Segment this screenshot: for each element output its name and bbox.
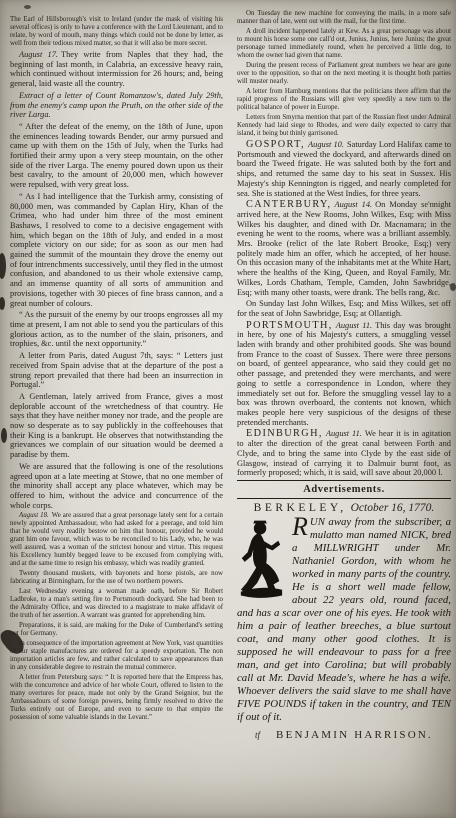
paragraph-text: This day was brought in here, by one of … <box>237 321 451 427</box>
paragraph-text: A droll incident happened lately at Kew.… <box>237 28 451 59</box>
ink-smudge <box>1 428 7 443</box>
news-paragraph: CANTERBURY,August 14.On Monday se'nnight… <box>237 200 451 297</box>
paragraph-text: A letter from Paris, dated August 7th, s… <box>10 351 223 389</box>
news-paragraph: Twenty thousand muskets, with bayonets a… <box>10 570 223 586</box>
paragraph-text: A letter from Petersburg says: “ It is r… <box>10 674 223 721</box>
news-paragraph: On Sunday last John Wilkes, Esq; and Mis… <box>237 299 451 318</box>
paragraph-text: “ After the defeat of the enemy, on the … <box>10 122 223 189</box>
news-paragraph: A letter from Hamburg mentions that the … <box>237 88 451 112</box>
news-paragraph: Letters from Smyrna mention that part of… <box>237 114 451 138</box>
news-paragraph: Extract of a letter of Count Romanzow's,… <box>10 91 223 120</box>
paragraph-text: On Monday se'nnight arrived here, at the… <box>237 200 451 296</box>
news-paragraph: We are assured that the following is one… <box>10 462 223 511</box>
ink-smudge <box>24 5 31 9</box>
dateline-date: August 11. <box>326 429 362 438</box>
news-paragraph: Preparations, it is said, are making for… <box>10 622 223 638</box>
news-paragraph: During the present recess of Parliament … <box>237 62 451 86</box>
paragraph-text: Letters from Smyrna mention that part of… <box>237 114 451 137</box>
right-column: On Tuesday the new machine for conveying… <box>237 10 451 743</box>
news-paragraph: A Gentleman, lately arrived from France,… <box>10 392 223 460</box>
dateline-place: GOSPORT, <box>246 139 305 150</box>
news-paragraph: The Earl of Hillsborough's visit to Irel… <box>10 16 223 48</box>
ad-dateline-date: October 16, 1770. <box>351 502 435 514</box>
news-paragraph: “ After the defeat of the enemy, on the … <box>10 122 223 190</box>
paragraph-text: On Sunday last John Wilkes, Esq; and Mis… <box>237 299 451 318</box>
ink-smudge <box>0 297 5 310</box>
news-paragraph: A droll incident happened lately at Kew.… <box>237 28 451 60</box>
news-paragraph: “ As I had intelligence that the Turkish… <box>10 192 223 308</box>
dateline-place: PORTSMOUTH, <box>246 320 333 331</box>
paragraph-text: We are assured that a great personage la… <box>10 512 223 567</box>
news-paragraph: In consequence of the importation agreem… <box>10 640 223 672</box>
advertisements-header: Advertisements. <box>237 483 451 496</box>
dateline-place: EDINBURGH, <box>246 428 323 439</box>
paragraph-text: “ As the pursuit of the enemy by our tro… <box>10 310 223 348</box>
paragraph-text: Twenty thousand muskets, with bayonets a… <box>10 570 223 585</box>
paragraph-text: On Tuesday the new machine for conveying… <box>237 10 451 25</box>
news-paragraph: On Tuesday the new machine for conveying… <box>237 10 451 26</box>
paragraph-text: Preparations, it is said, are making for… <box>10 622 223 637</box>
paragraph-text: “ As I had intelligence that the Turkish… <box>10 192 223 308</box>
news-paragraph: EDINBURGH,August 11.We hear it is in agi… <box>237 429 451 478</box>
advertisements-top-rule <box>237 480 451 481</box>
ink-smudge <box>0 253 6 279</box>
paragraph-text: Last Wednesday evening a woman made oath… <box>10 588 223 619</box>
ad-signature-mark: tf <box>255 730 260 740</box>
ad-dateline: BERKELEY,October 16, 1770. <box>237 502 451 514</box>
paragraph-text: A letter from Hamburg mentions that the … <box>237 88 451 111</box>
news-paragraph: A letter from Paris, dated August 7th, s… <box>10 351 223 390</box>
paragraph-text: Extract of a letter of Count Romanzow's,… <box>10 91 223 119</box>
news-paragraph: Last Wednesday evening a woman made oath… <box>10 588 223 620</box>
paragraph-text: We are assured that the following is one… <box>10 462 223 510</box>
dateline-date: August 17. <box>19 50 58 59</box>
left-column: The Earl of Hillsborough's visit to Irel… <box>10 16 223 724</box>
news-paragraph: GOSPORT,August 10.Saturday Lord Halifax … <box>237 140 451 198</box>
paragraph-text: The Earl of Hillsborough's visit to Irel… <box>10 16 223 47</box>
paragraph-text: A Gentleman, lately arrived from France,… <box>10 392 223 459</box>
ad-dateline-place: BERKELEY, <box>254 502 347 514</box>
dateline-date: August 18. <box>19 512 49 519</box>
news-paragraph: A letter from Petersburg says: “ It is r… <box>10 674 223 722</box>
paragraph-text: In consequence of the importation agreem… <box>10 640 223 671</box>
newspaper-page: The Earl of Hillsborough's visit to Irel… <box>0 0 456 818</box>
ad-signature-name: BENJAMIN HARRISON. <box>276 729 433 741</box>
running-man-woodcut-icon <box>237 519 285 601</box>
ad-signature: tfBENJAMIN HARRISON. <box>237 729 451 741</box>
dateline-date: August 10. <box>308 140 344 149</box>
dateline-date: August 11. <box>336 321 372 330</box>
news-paragraph: PORTSMOUTH,August 11.This day was brough… <box>237 321 451 428</box>
advertisements-bottom-rule <box>237 498 451 499</box>
dateline-date: August 14. <box>334 200 372 209</box>
news-paragraph: August 17.They write from Naples that th… <box>10 50 223 89</box>
news-paragraph: “ As the pursuit of the enemy by our tro… <box>10 310 223 349</box>
news-paragraph: August 18.We are assured that a great pe… <box>10 512 223 568</box>
paragraph-text: During the present recess of Parliament … <box>237 62 451 85</box>
dateline-place: CANTERBURY, <box>246 199 331 210</box>
